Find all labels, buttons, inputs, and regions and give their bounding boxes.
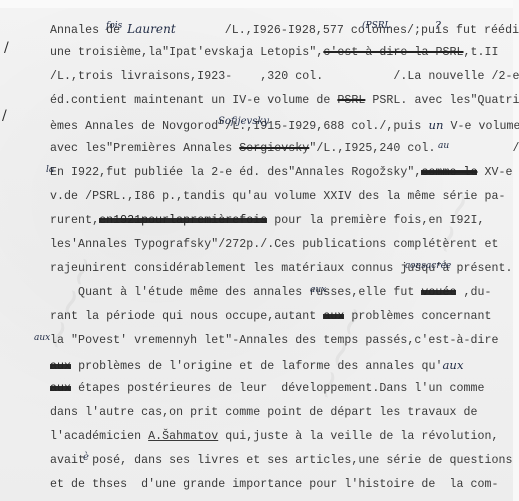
margin-check-mark: / (4, 40, 9, 56)
typed-text: ses d'une grande importance pour l'histo… (106, 478, 498, 491)
page-top-edge (0, 0, 519, 8)
margin-check-mark: / (2, 108, 7, 124)
handwritten-insertion: Sofijevsky (218, 117, 269, 127)
text-line-20: et de thses d'une grande importance pour… (22, 464, 499, 501)
handwritten-insertion: au (438, 141, 449, 151)
handwritten-insertion: aux (34, 333, 50, 343)
handwritten-insertion: la (46, 165, 54, 175)
handwritten-accent: è (83, 453, 89, 463)
handwritten-insertion: consacrée (405, 261, 451, 271)
manuscript-page: ~~~ ~~~ ~~ / / Annales de Laurent /L.,I9… (0, 0, 519, 501)
handwritten-insertion: (PSRL (362, 21, 391, 31)
handwritten-question-mark: ? (435, 21, 441, 31)
handwritten-insertion: fois (106, 21, 122, 31)
handwritten-insertion: aux (310, 285, 326, 295)
typed-text: et de th (50, 478, 106, 491)
